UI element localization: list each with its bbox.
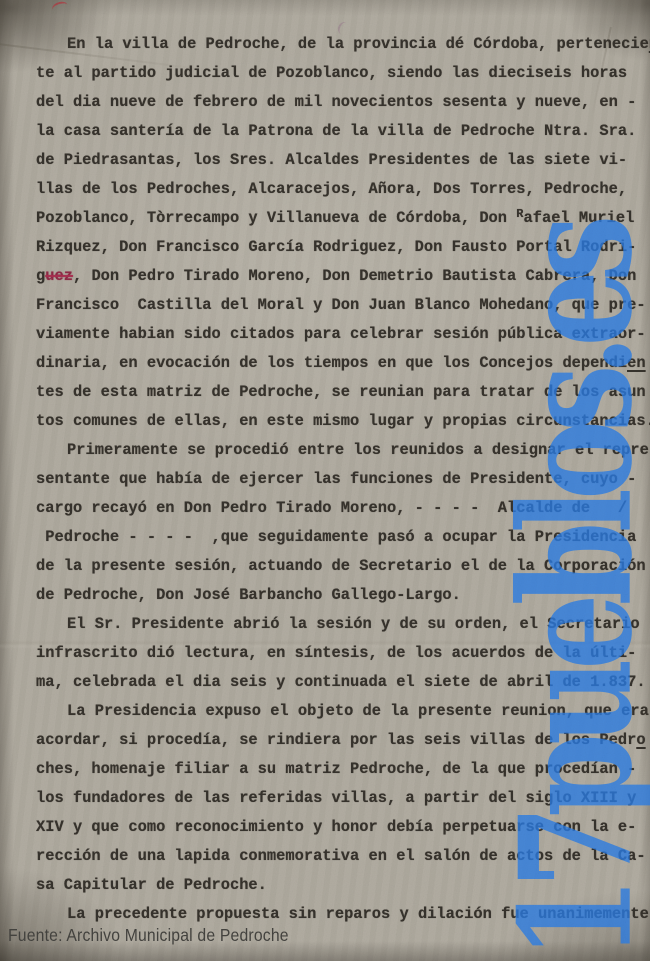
text-line: Rizquez, Don Francisco García Rodriguez,… xyxy=(36,233,650,262)
text-line: la casa santería de la Patrona de la vil… xyxy=(36,117,650,146)
text-line: cargo recayó en Don Pedro Tirado Moreno,… xyxy=(36,494,650,523)
text-line: XIV y que como reconocimiento y honor de… xyxy=(36,813,650,842)
text-line: viamente habian sido citados para celebr… xyxy=(36,320,650,349)
text-line: de la presente sesión, actuando de Secre… xyxy=(36,552,650,581)
text-line: de Pedroche, Don José Barbancho Gallego-… xyxy=(36,581,650,610)
text-line: sentante que había de ejercer las funcio… xyxy=(36,465,650,494)
typewritten-text: En la villa de Pedroche, de la provincia… xyxy=(36,30,650,929)
text-line: ma, celebrada el dia seis y continuada e… xyxy=(36,668,650,697)
text-line: La Presidencia expuso el objeto de la pr… xyxy=(36,697,650,726)
text-line: rección de una lapida conmemorativa en e… xyxy=(36,842,650,871)
text-line: los fundadores de las referidas villas, … xyxy=(36,784,650,813)
text-line: dinaria, en evocación de los tiempos en … xyxy=(36,349,650,378)
text-line: Primeramente se procedió entre los reuni… xyxy=(36,436,650,465)
text-line: de Piedrasantas, los Sres. Alcaldes Pres… xyxy=(36,146,650,175)
text-line: ches, homenaje filiar a su matriz Pedroc… xyxy=(36,755,650,784)
source-caption: Fuente: Archivo Municipal de Pedroche xyxy=(8,925,289,946)
text-line: infrascrito dió lectura, en síntesis, de… xyxy=(36,639,650,668)
text-line: sa Capitular de Pedroche. xyxy=(36,871,650,900)
text-line: El Sr. Presidente abrió la sesión y de s… xyxy=(36,610,650,639)
text-line: tes de esta matriz de Pedroche, se reuni… xyxy=(36,378,650,407)
document-photo: En la villa de Pedroche, de la provincia… xyxy=(0,0,650,961)
text-line: guez, Don Pedro Tirado Moreno, Don Demet… xyxy=(36,262,650,291)
text-line: En la villa de Pedroche, de la provincia… xyxy=(36,30,650,59)
red-pen-mark xyxy=(51,0,70,15)
text-line: te al partido judicial de Pozoblanco, si… xyxy=(36,59,650,88)
text-line: tos comunes de ellas, en este mismo luga… xyxy=(36,407,650,436)
text-line: Pozoblanco, Tòrrecampo y Villanueva de C… xyxy=(36,204,650,233)
text-line: llas de los Pedroches, Alcaracejos, Añor… xyxy=(36,175,650,204)
text-line: Pedroche - - - - ,que seguidamente pasó … xyxy=(36,523,650,552)
text-line: Francisco Castilla del Moral y Don Juan … xyxy=(36,291,650,320)
text-line: del dia nueve de febrero de mil novecien… xyxy=(36,88,650,117)
text-line: acordar, si procedía, se rindiera por la… xyxy=(36,726,650,755)
